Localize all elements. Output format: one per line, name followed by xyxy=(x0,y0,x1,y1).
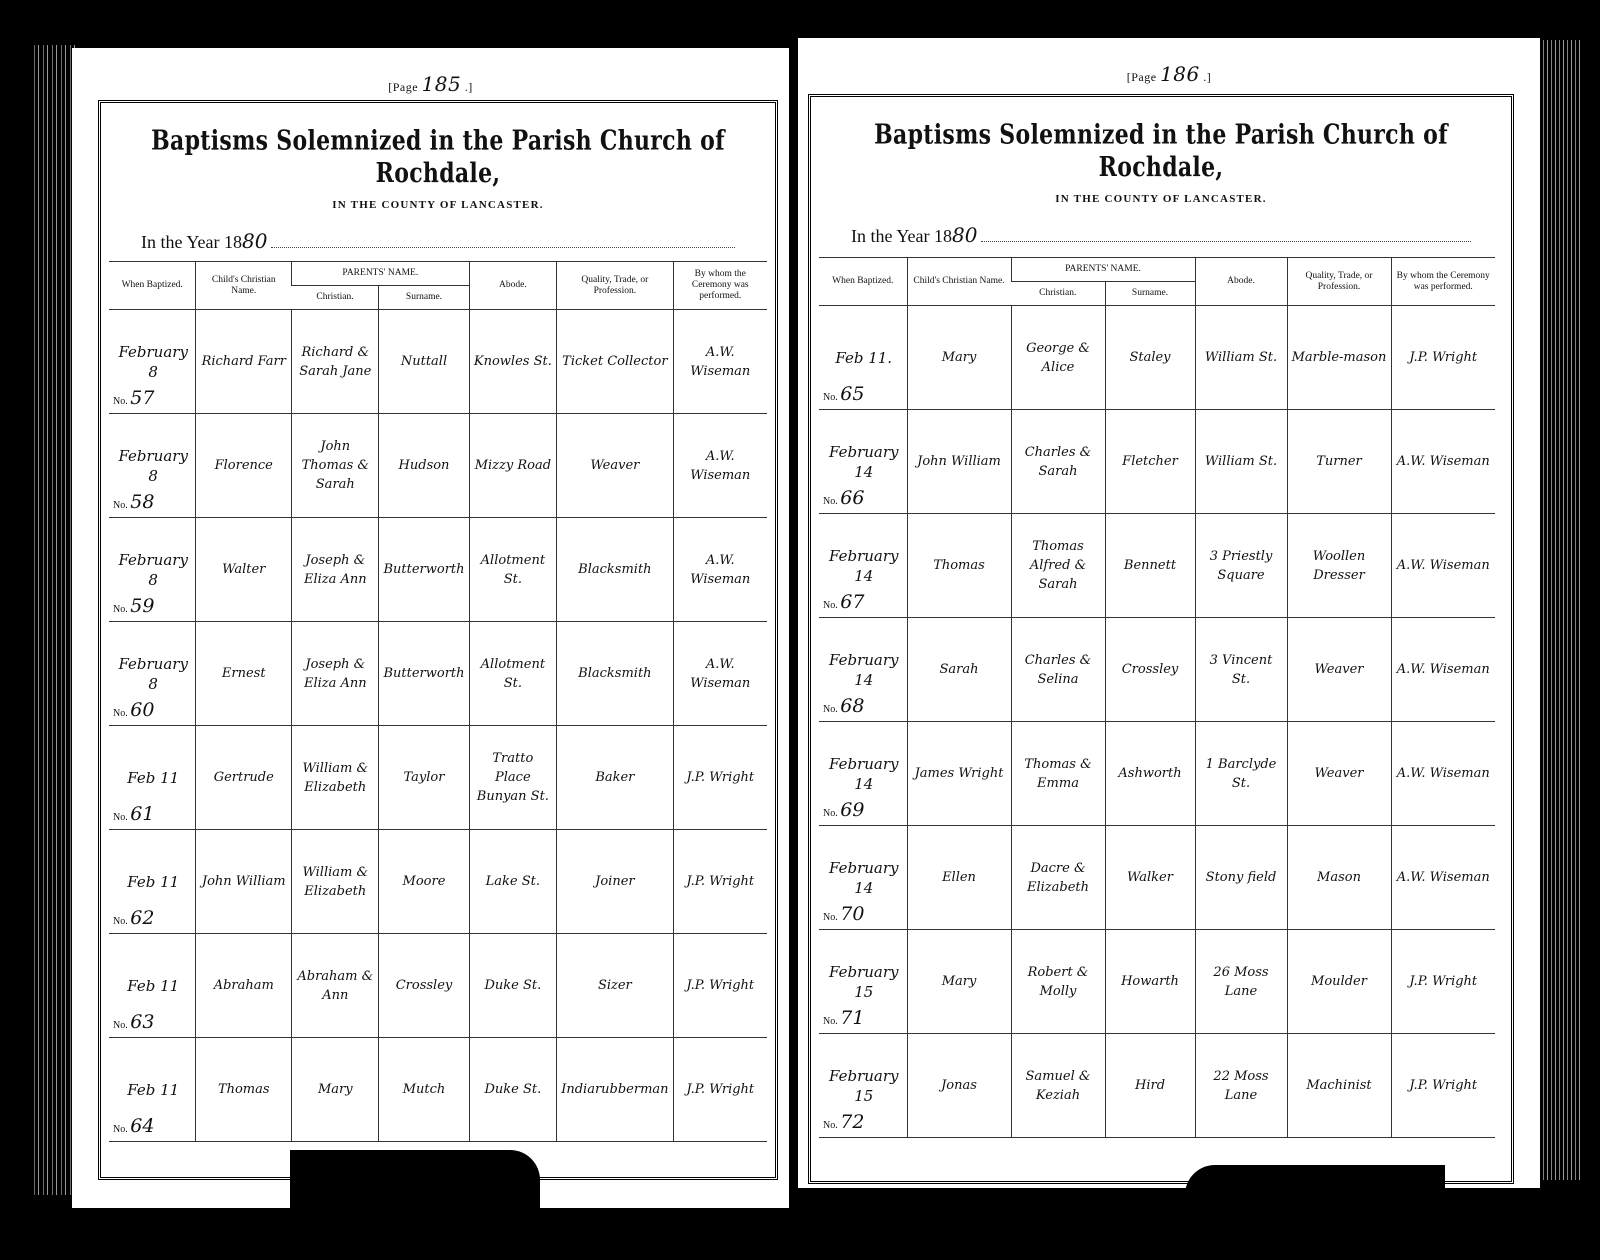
cell-child-name: Mary xyxy=(907,306,1011,410)
entry-number-value: 70 xyxy=(840,903,864,925)
cell-when: February 14 No. 70 xyxy=(819,826,907,930)
cell-officiant: J.P. Wright xyxy=(1391,1034,1495,1138)
cell-officiant: A.W. Wiseman xyxy=(673,622,767,726)
entry-number-label: No. xyxy=(113,396,128,407)
cell-trade: Turner xyxy=(1287,410,1391,514)
cell-child-name: Abraham xyxy=(196,934,292,1038)
entry-number: No. 58 xyxy=(113,493,154,515)
cell-trade: Mason xyxy=(1287,826,1391,930)
cell-when: February 8 No. 58 xyxy=(109,414,196,518)
entry-number: No. 67 xyxy=(823,593,864,615)
page-close: .] xyxy=(1203,70,1211,84)
cell-when: Feb 11. No. 65 xyxy=(819,306,907,410)
entry-number-value: 64 xyxy=(130,1115,154,1137)
register-subtitle: IN THE COUNTY OF LANCASTER. xyxy=(811,193,1511,205)
register-entry-row: February 14 No. 69 James Wright Thomas &… xyxy=(819,722,1495,826)
cell-trade: Woollen Dresser xyxy=(1287,514,1391,618)
entry-number-value: 60 xyxy=(130,699,154,721)
cell-trade: Marble-mason xyxy=(1287,306,1391,410)
entry-number-label: No. xyxy=(823,808,838,819)
cell-abode: Tratto Place Bunyan St. xyxy=(469,726,557,830)
entry-number-value: 72 xyxy=(840,1111,864,1133)
cell-when: February 14 No. 67 xyxy=(819,514,907,618)
entry-number-value: 62 xyxy=(130,907,154,929)
cell-trade: Weaver xyxy=(557,414,673,518)
header-surname: Surname. xyxy=(379,286,469,310)
entry-number-value: 57 xyxy=(130,387,154,409)
cell-officiant: J.P. Wright xyxy=(673,1038,767,1142)
entry-number: No. 65 xyxy=(823,385,864,407)
header-officiant: By whom the Ceremony was performed. xyxy=(1391,258,1495,306)
cell-child-name: John William xyxy=(907,410,1011,514)
register-title: Baptisms Solemnized in the Parish Church… xyxy=(811,119,1511,184)
cell-parents-christian: William & Elizabeth xyxy=(292,830,379,934)
cell-abode: William St. xyxy=(1195,410,1287,514)
baptism-date: Feb 11 xyxy=(115,976,191,996)
entry-number-label: No. xyxy=(823,1120,838,1131)
header-trade: Quality, Trade, or Profession. xyxy=(1287,258,1391,306)
header-surname: Surname. xyxy=(1105,282,1195,306)
baptism-date: Feb 11. xyxy=(825,348,903,368)
cell-parents-christian: Charles & Selina xyxy=(1011,618,1105,722)
header-when: When Baptized. xyxy=(109,262,196,310)
entry-number-value: 69 xyxy=(840,799,864,821)
register-entry-row: February 14 No. 67 Thomas Thomas Alfred … xyxy=(819,514,1495,618)
right-page: [Page 186 .] Baptisms Solemnized in the … xyxy=(798,38,1540,1188)
baptism-date: February 14 xyxy=(825,858,903,898)
cell-abode: Lake St. xyxy=(469,830,557,934)
cell-abode: Allotment St. xyxy=(469,622,557,726)
cell-parents-christian: George & Alice xyxy=(1011,306,1105,410)
cell-trade: Indiarubberman xyxy=(557,1038,673,1142)
entry-number-label: No. xyxy=(113,916,128,927)
header-child: Child's Christian Name. xyxy=(907,258,1011,306)
entry-number: No. 61 xyxy=(113,805,154,827)
baptism-register-table: When Baptized. Child's Christian Name. P… xyxy=(819,257,1495,1138)
register-entry-row: Feb 11 No. 62 John William William & Eli… xyxy=(109,830,767,934)
year-label: In the Year 18 xyxy=(141,232,242,253)
cell-when: Feb 11 No. 64 xyxy=(109,1038,196,1142)
page-label: [Page xyxy=(1127,70,1157,84)
cell-trade: Weaver xyxy=(1287,618,1391,722)
register-entry-row: February 15 No. 71 Mary Robert & Molly H… xyxy=(819,930,1495,1034)
cell-trade: Machinist xyxy=(1287,1034,1391,1138)
entry-number: No. 63 xyxy=(113,1013,154,1035)
header-abode: Abode. xyxy=(469,262,557,310)
cell-officiant: A.W. Wiseman xyxy=(673,414,767,518)
cell-officiant: J.P. Wright xyxy=(673,726,767,830)
cell-abode: Duke St. xyxy=(469,1038,557,1142)
entry-number: No. 71 xyxy=(823,1009,864,1031)
register-entry-row: Feb 11 No. 61 Gertrude William & Elizabe… xyxy=(109,726,767,830)
cell-surname: Howarth xyxy=(1105,930,1195,1034)
cell-trade: Blacksmith xyxy=(557,518,673,622)
baptism-date: Feb 11 xyxy=(115,872,191,892)
baptism-date: February 14 xyxy=(825,442,903,482)
entry-number-label: No. xyxy=(823,600,838,611)
year-line: In the Year 18 80 xyxy=(851,223,1471,247)
cell-abode: Allotment St. xyxy=(469,518,557,622)
entry-number: No. 57 xyxy=(113,389,154,411)
entry-number: No. 72 xyxy=(823,1113,864,1135)
cell-officiant: J.P. Wright xyxy=(673,934,767,1038)
cell-abode: Stony field xyxy=(1195,826,1287,930)
register-subtitle: IN THE COUNTY OF LANCASTER. xyxy=(101,199,775,211)
entry-number-label: No. xyxy=(113,604,128,615)
entry-number-label: No. xyxy=(113,1020,128,1031)
register-frame: Baptisms Solemnized in the Parish Church… xyxy=(808,94,1514,1184)
cell-officiant: J.P. Wright xyxy=(673,830,767,934)
header-when: When Baptized. xyxy=(819,258,907,306)
header-child: Child's Christian Name. xyxy=(196,262,292,310)
year-label: In the Year 18 xyxy=(851,226,952,247)
entry-number-value: 71 xyxy=(840,1007,864,1029)
entry-number-label: No. xyxy=(823,912,838,923)
cell-surname: Fletcher xyxy=(1105,410,1195,514)
cell-surname: Butterworth xyxy=(379,622,469,726)
cell-surname: Moore xyxy=(379,830,469,934)
header-christian: Christian. xyxy=(292,286,379,310)
baptism-register-table: When Baptized. Child's Christian Name. P… xyxy=(109,261,767,1142)
entry-number-label: No. xyxy=(823,704,838,715)
cell-when: February 15 No. 72 xyxy=(819,1034,907,1138)
register-title: Baptisms Solemnized in the Parish Church… xyxy=(101,125,775,190)
baptism-date: February 15 xyxy=(825,1066,903,1106)
header-trade: Quality, Trade, or Profession. xyxy=(557,262,673,310)
cell-when: February 15 No. 71 xyxy=(819,930,907,1034)
cell-officiant: A.W. Wiseman xyxy=(1391,618,1495,722)
header-parents: PARENTS' NAME. xyxy=(292,262,469,286)
cell-child-name: Mary xyxy=(907,930,1011,1034)
entry-number-value: 63 xyxy=(130,1011,154,1033)
cell-abode: 26 Moss Lane xyxy=(1195,930,1287,1034)
cell-when: February 8 No. 57 xyxy=(109,310,196,414)
cell-abode: Mizzy Road xyxy=(469,414,557,518)
cell-parents-christian: William & Elizabeth xyxy=(292,726,379,830)
cell-child-name: Ernest xyxy=(196,622,292,726)
cell-abode: 3 Priestly Square xyxy=(1195,514,1287,618)
cell-child-name: Gertrude xyxy=(196,726,292,830)
entry-number-label: No. xyxy=(823,496,838,507)
cell-parents-christian: John Thomas & Sarah xyxy=(292,414,379,518)
header-christian: Christian. xyxy=(1011,282,1105,306)
baptism-date: Feb 11 xyxy=(115,768,191,788)
cell-officiant: J.P. Wright xyxy=(1391,306,1495,410)
entry-number-value: 59 xyxy=(130,595,154,617)
cell-parents-christian: Thomas & Emma xyxy=(1011,722,1105,826)
baptism-date: February 8 xyxy=(115,654,191,694)
cell-officiant: A.W. Wiseman xyxy=(673,518,767,622)
entry-number-label: No. xyxy=(113,812,128,823)
cell-when: February 8 No. 60 xyxy=(109,622,196,726)
scan-shadow xyxy=(290,1150,540,1260)
cell-child-name: Thomas xyxy=(907,514,1011,618)
baptism-date: February 8 xyxy=(115,342,191,382)
cell-surname: Nuttall xyxy=(379,310,469,414)
cell-officiant: A.W. Wiseman xyxy=(1391,722,1495,826)
cell-when: February 14 No. 66 xyxy=(819,410,907,514)
entry-number-value: 65 xyxy=(840,383,864,405)
cell-parents-christian: Robert & Molly xyxy=(1011,930,1105,1034)
baptism-date: February 14 xyxy=(825,546,903,586)
year-value: 80 xyxy=(952,223,977,247)
baptism-date: February 8 xyxy=(115,550,191,590)
baptism-date: February 14 xyxy=(825,754,903,794)
cell-parents-christian: Abraham & Ann xyxy=(292,934,379,1038)
entry-number: No. 62 xyxy=(113,909,154,931)
baptism-date: February 15 xyxy=(825,962,903,1002)
cell-surname: Ashworth xyxy=(1105,722,1195,826)
header-officiant: By whom the Ceremony was performed. xyxy=(673,262,767,310)
page-number: [Page 185 .] xyxy=(72,72,789,96)
page-number-value: 186 xyxy=(1160,62,1200,86)
dotted-line xyxy=(981,228,1471,242)
register-entry-row: February 8 No. 57 Richard Farr Richard &… xyxy=(109,310,767,414)
cell-officiant: A.W. Wiseman xyxy=(1391,826,1495,930)
left-page: [Page 185 .] Baptisms Solemnized in the … xyxy=(72,48,792,1208)
cell-when: Feb 11 No. 63 xyxy=(109,934,196,1038)
cell-child-name: Florence xyxy=(196,414,292,518)
cell-child-name: Ellen xyxy=(907,826,1011,930)
cell-when: February 8 No. 59 xyxy=(109,518,196,622)
cell-when: February 14 No. 69 xyxy=(819,722,907,826)
register-entry-row: February 8 No. 58 Florence John Thomas &… xyxy=(109,414,767,518)
cell-parents-christian: Samuel & Keziah xyxy=(1011,1034,1105,1138)
entry-number-value: 61 xyxy=(130,803,154,825)
year-line: In the Year 18 80 xyxy=(141,229,735,253)
dotted-line xyxy=(271,234,735,248)
baptism-date: February 14 xyxy=(825,650,903,690)
register-entry-row: February 14 No. 70 Ellen Dacre & Elizabe… xyxy=(819,826,1495,930)
cell-trade: Moulder xyxy=(1287,930,1391,1034)
cell-trade: Baker xyxy=(557,726,673,830)
register-entry-row: February 14 No. 68 Sarah Charles & Selin… xyxy=(819,618,1495,722)
register-entry-row: Feb 11 No. 64 Thomas Mary Mutch Duke St.… xyxy=(109,1038,767,1142)
cell-surname: Hudson xyxy=(379,414,469,518)
cell-trade: Ticket Collector xyxy=(557,310,673,414)
cell-surname: Butterworth xyxy=(379,518,469,622)
register-entry-row: Feb 11. No. 65 Mary George & Alice Stale… xyxy=(819,306,1495,410)
cell-parents-christian: Joseph & Eliza Ann xyxy=(292,622,379,726)
cell-child-name: Sarah xyxy=(907,618,1011,722)
entry-number: No. 68 xyxy=(823,697,864,719)
header-parents: PARENTS' NAME. xyxy=(1011,258,1195,282)
cell-surname: Crossley xyxy=(1105,618,1195,722)
entry-number-label: No. xyxy=(113,500,128,511)
book-page-edges-right xyxy=(1540,40,1580,1180)
cell-trade: Weaver xyxy=(1287,722,1391,826)
cell-surname: Staley xyxy=(1105,306,1195,410)
cell-surname: Taylor xyxy=(379,726,469,830)
cell-surname: Walker xyxy=(1105,826,1195,930)
baptism-date: February 8 xyxy=(115,446,191,486)
entry-number: No. 60 xyxy=(113,701,154,723)
cell-surname: Crossley xyxy=(379,934,469,1038)
entry-number-label: No. xyxy=(113,1124,128,1135)
entry-number: No. 59 xyxy=(113,597,154,619)
cell-parents-christian: Joseph & Eliza Ann xyxy=(292,518,379,622)
entry-number-value: 67 xyxy=(840,591,864,613)
cell-child-name: Richard Farr xyxy=(196,310,292,414)
cell-abode: Duke St. xyxy=(469,934,557,1038)
cell-abode: William St. xyxy=(1195,306,1287,410)
cell-trade: Joiner xyxy=(557,830,673,934)
year-value: 80 xyxy=(242,229,267,253)
cell-trade: Sizer xyxy=(557,934,673,1038)
entry-number: No. 70 xyxy=(823,905,864,927)
cell-abode: 1 Barclyde St. xyxy=(1195,722,1287,826)
cell-abode: 22 Moss Lane xyxy=(1195,1034,1287,1138)
cell-when: Feb 11 No. 62 xyxy=(109,830,196,934)
cell-surname: Bennett xyxy=(1105,514,1195,618)
cell-parents-christian: Mary xyxy=(292,1038,379,1142)
cell-officiant: A.W. Wiseman xyxy=(1391,514,1495,618)
cell-officiant: A.W. Wiseman xyxy=(1391,410,1495,514)
scan-shadow xyxy=(1185,1165,1445,1260)
entry-number-value: 66 xyxy=(840,487,864,509)
entry-number: No. 66 xyxy=(823,489,864,511)
register-entry-row: Feb 11 No. 63 Abraham Abraham & Ann Cros… xyxy=(109,934,767,1038)
cell-trade: Blacksmith xyxy=(557,622,673,726)
cell-surname: Hird xyxy=(1105,1034,1195,1138)
register-entry-row: February 8 No. 60 Ernest Joseph & Eliza … xyxy=(109,622,767,726)
register-frame: Baptisms Solemnized in the Parish Church… xyxy=(98,100,778,1180)
cell-child-name: Thomas xyxy=(196,1038,292,1142)
register-entry-row: February 8 No. 59 Walter Joseph & Eliza … xyxy=(109,518,767,622)
cell-officiant: A.W. Wiseman xyxy=(673,310,767,414)
page-label: [Page xyxy=(388,80,418,94)
page-number: [Page 186 .] xyxy=(798,62,1540,86)
cell-parents-christian: Charles & Sarah xyxy=(1011,410,1105,514)
cell-child-name: John William xyxy=(196,830,292,934)
cell-officiant: J.P. Wright xyxy=(1391,930,1495,1034)
entry-number: No. 69 xyxy=(823,801,864,823)
cell-abode: Knowles St. xyxy=(469,310,557,414)
cell-surname: Mutch xyxy=(379,1038,469,1142)
cell-child-name: Jonas xyxy=(907,1034,1011,1138)
entry-number-value: 68 xyxy=(840,695,864,717)
entry-number-label: No. xyxy=(113,708,128,719)
entry-number-value: 58 xyxy=(130,491,154,513)
cell-when: Feb 11 No. 61 xyxy=(109,726,196,830)
register-entry-row: February 15 No. 72 Jonas Samuel & Keziah… xyxy=(819,1034,1495,1138)
baptism-date: Feb 11 xyxy=(115,1080,191,1100)
cell-parents-christian: Thomas Alfred & Sarah xyxy=(1011,514,1105,618)
cell-child-name: James Wright xyxy=(907,722,1011,826)
register-entry-row: February 14 No. 66 John William Charles … xyxy=(819,410,1495,514)
entry-number-label: No. xyxy=(823,1016,838,1027)
page-close: .] xyxy=(465,80,473,94)
cell-parents-christian: Richard & Sarah Jane xyxy=(292,310,379,414)
page-number-value: 185 xyxy=(422,72,462,96)
cell-when: February 14 No. 68 xyxy=(819,618,907,722)
entry-number: No. 64 xyxy=(113,1117,154,1139)
entry-number-label: No. xyxy=(823,392,838,403)
cell-abode: 3 Vincent St. xyxy=(1195,618,1287,722)
cell-child-name: Walter xyxy=(196,518,292,622)
header-abode: Abode. xyxy=(1195,258,1287,306)
book-page-edges-left xyxy=(30,45,75,1195)
cell-parents-christian: Dacre & Elizabeth xyxy=(1011,826,1105,930)
